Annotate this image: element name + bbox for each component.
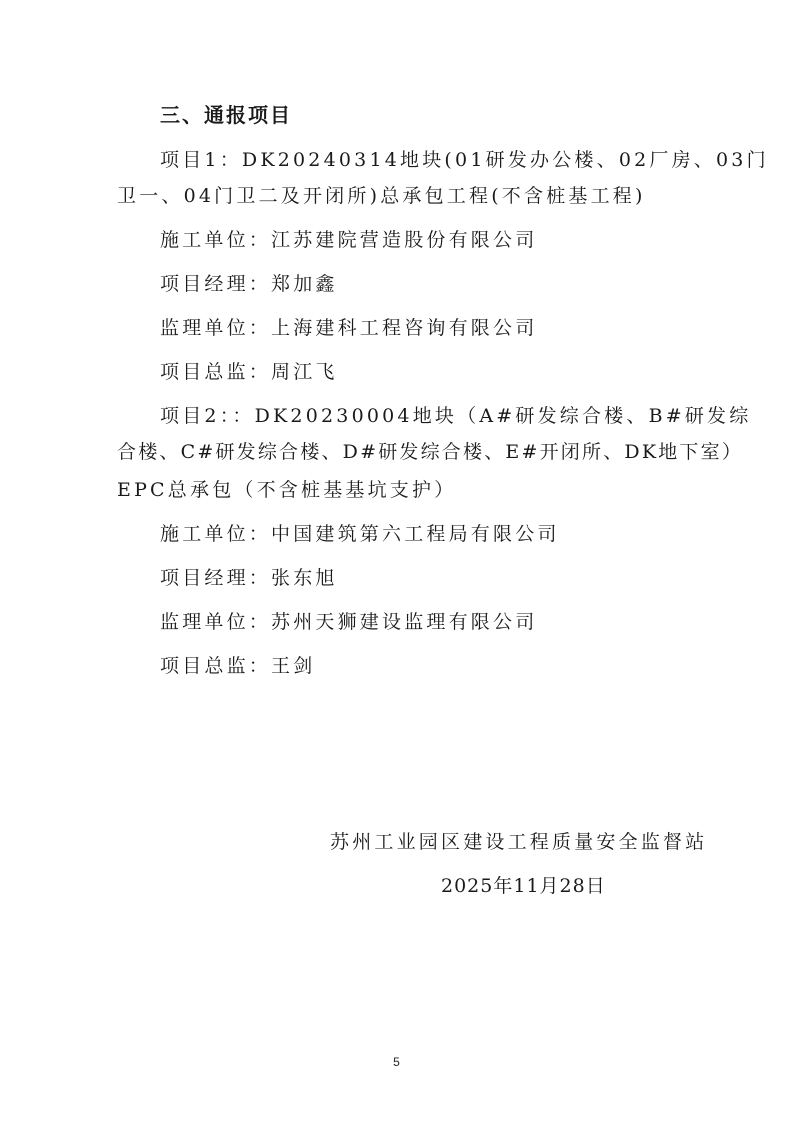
project-2-title-line-1: 项目2：：DK20230004地块（A#研发综合楼、B#研发综 (160, 404, 751, 428)
project-1-construction-unit: 施工单位：江苏建院营造股份有限公司 (160, 228, 537, 252)
project-2-project-manager: 项目经理：张东旭 (160, 566, 338, 590)
project-2-title-line-3: EPC总承包（不含桩基基坑支护） (117, 478, 456, 502)
project-1-title-line-2: 卫一、04门卫二及开闭所)总承包工程(不含桩基工程) (117, 184, 646, 208)
project-1-supervision-unit: 监理单位：上海建科工程咨询有限公司 (160, 316, 537, 340)
project-1-title-line-1: 项目1：DK20240314地块(01研发办公楼、02厂房、03门 (160, 148, 769, 172)
project-2-construction-unit: 施工单位：中国建筑第六工程局有限公司 (160, 522, 560, 546)
signature-organization: 苏州工业园区建设工程质量安全监督站 (330, 830, 707, 854)
signature-date: 2025年11月28日 (441, 874, 606, 898)
project-2-chief-supervisor: 项目总监：王剑 (160, 654, 315, 678)
project-2-title-line-2: 合楼、C#研发综合楼、D#研发综合楼、E#开闭所、DK地下室） (117, 440, 743, 464)
section-heading: 三、通报项目 (160, 103, 292, 127)
project-1-chief-supervisor: 项目总监：周江飞 (160, 360, 338, 384)
project-1-project-manager: 项目经理：郑加鑫 (160, 272, 338, 296)
project-2-supervision-unit: 监理单位：苏州天狮建设监理有限公司 (160, 610, 537, 634)
page-number: 5 (0, 1055, 793, 1069)
